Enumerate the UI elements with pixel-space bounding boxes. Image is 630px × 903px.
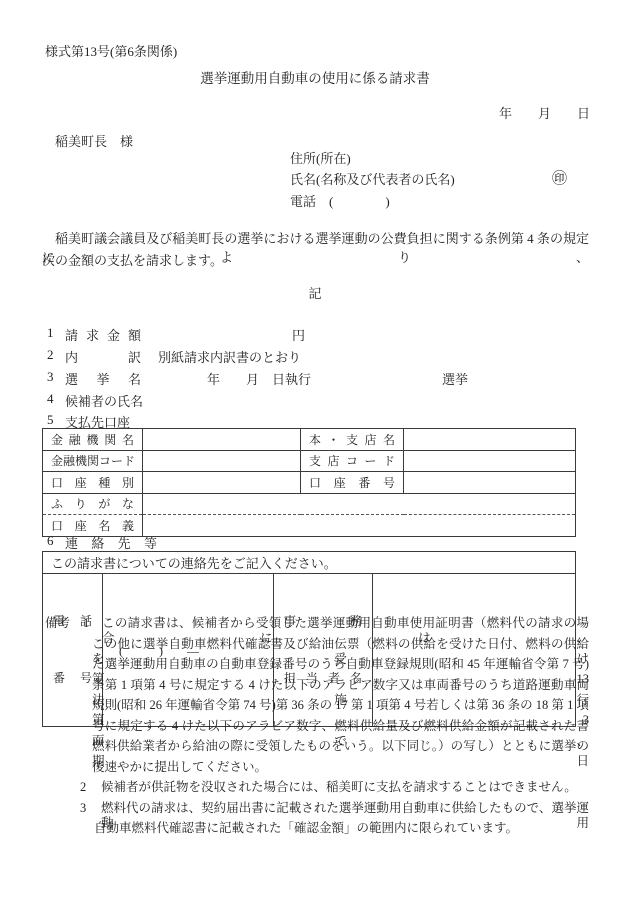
item-number: 5 [47, 412, 54, 428]
furigana-value [143, 493, 576, 515]
remark-number: 1 [83, 616, 89, 631]
table-row: 金融機関名 本・支店名 [43, 429, 576, 451]
name-label: 氏名(名称及び代表者の氏名) [290, 169, 455, 188]
bank-code-value [143, 450, 301, 472]
item-label: 候補者の氏名 [65, 391, 143, 410]
furigana-label: ふりがな [43, 493, 143, 515]
remark-line: 自動車燃料代確認書に記載された「確認金額」の範囲内に限られています。 [94, 821, 518, 836]
branch-code-value [404, 450, 576, 472]
phone-label: 電話 ( ) [290, 191, 390, 210]
remarks-heading: 備考 [45, 616, 70, 631]
ki-heading: 記 [0, 283, 630, 302]
account-type-value [143, 472, 301, 494]
item-number: 1 [47, 325, 54, 341]
item-number: 2 [47, 347, 54, 363]
item-label: 連絡先等 [65, 533, 157, 552]
yen-unit-label: 円 [292, 325, 305, 344]
branch-name-value [404, 429, 576, 451]
election-date-blanks: 年 月 日執行 [207, 369, 311, 388]
address-label: 住所(所在) [290, 148, 351, 167]
request-paragraph-line2: 次の金額の支払を請求します。 [42, 250, 223, 269]
item-label: 選挙名 [65, 369, 141, 388]
bank-name-label: 金融機関名 [43, 429, 143, 451]
breakdown-value: 別紙請求内訳書のとおり [158, 347, 301, 366]
item-number: 4 [47, 391, 54, 407]
remark-line: 後速やかに提出してください。 [92, 760, 267, 775]
account-type-label: 口座種別 [43, 472, 143, 494]
remark-number: 3 [80, 801, 86, 816]
seal-stamp-icon: ㊞ [552, 167, 567, 188]
bank-account-table: 金融機関名 本・支店名 金融機関コード 支店コード 口座種別 口座番号 ふりがな… [42, 428, 576, 537]
date-line: 年 月 日 [499, 103, 590, 122]
document-page: 様式第13号(第6条関係) 選挙運動用自動車の使用に係る請求書 年 月 日 稲美… [0, 0, 630, 903]
contact-phone-label-line2: 番号 [53, 669, 92, 688]
branch-name-label: 本・支店名 [301, 429, 404, 451]
branch-code-label: 支店コード [301, 450, 404, 472]
document-title: 選挙運動用自動車の使用に係る請求書 [0, 67, 630, 87]
table-row: ふりがな [43, 493, 576, 515]
remark-line: 候補者が供託物を没収された場合には、稲美町に支払を請求することはできません。 [101, 780, 577, 795]
table-row: この請求書についての連絡先をご記入ください。 [43, 552, 576, 574]
contact-instruction: この請求書についての連絡先をご記入ください。 [43, 552, 576, 574]
account-number-label: 口座番号 [301, 472, 404, 494]
election-suffix: 選挙 [442, 369, 468, 388]
form-number: 様式第13号(第6条関係) [45, 41, 177, 60]
item-label: 請求金額 [65, 325, 141, 344]
item-number: 3 [47, 369, 54, 385]
table-row: 金融機関コード 支店コード [43, 450, 576, 472]
account-holder-value [143, 515, 576, 537]
remark-number: 2 [80, 780, 86, 795]
bank-name-value [143, 429, 301, 451]
addressee: 稲美町長 様 [55, 131, 133, 150]
table-row: 口座種別 口座番号 [43, 472, 576, 494]
item-label: 内訳 [65, 347, 141, 366]
item-number: 6 [47, 533, 54, 549]
bank-code-label: 金融機関コード [43, 450, 143, 472]
account-number-value [404, 472, 576, 494]
